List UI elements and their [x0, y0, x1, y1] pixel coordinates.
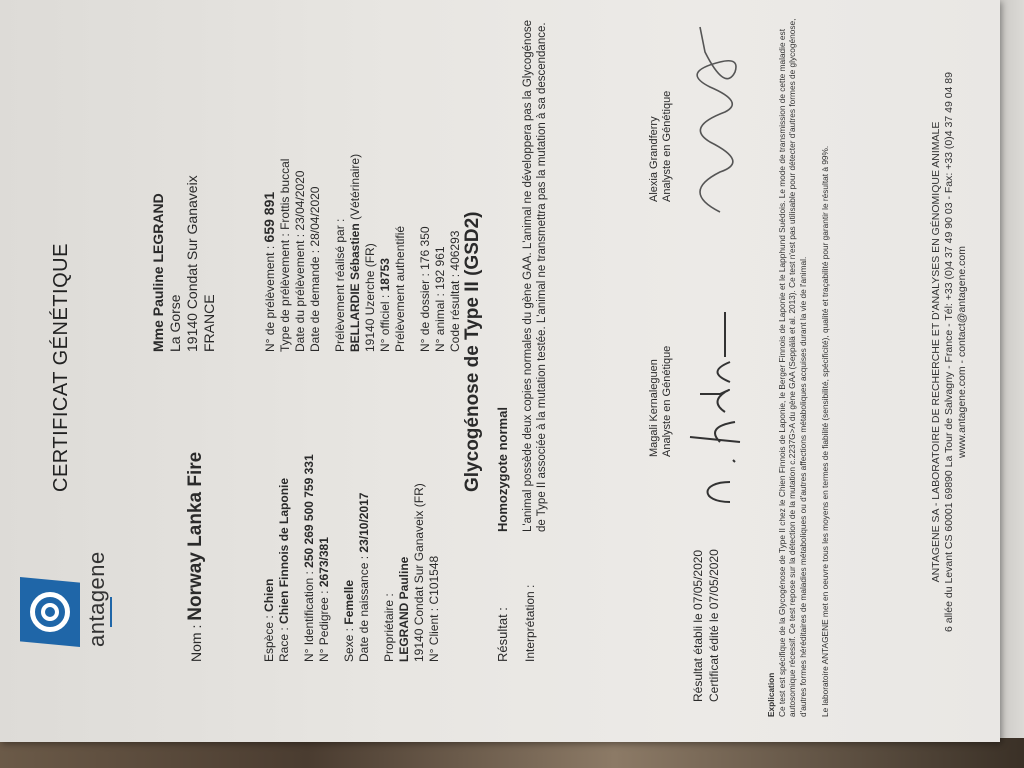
signature-1-icon — [680, 302, 750, 512]
prelevement-numero-value: 659 891 — [261, 192, 277, 243]
authentifie-text: Prélèvement authentifié — [393, 154, 408, 352]
race-value: Chien Finnois de Laponie — [277, 478, 291, 624]
proprietaire-label: Propriétaire : — [382, 454, 397, 662]
certificat-edite-date: Certificat édité le 07/05/2020 — [706, 549, 722, 702]
explication-block: Explication Ce test est spécifique de la… — [766, 17, 808, 717]
dossier-label: N° de dossier : — [418, 273, 432, 352]
client-value: C101548 — [427, 556, 441, 605]
naissance-label: Date de naissance : — [357, 556, 371, 662]
footer: ANTAGENE SA - LABORATOIRE DE RECHERCHE E… — [930, 22, 969, 682]
prelevement-type-value: Frottis buccal — [278, 159, 292, 230]
background-table — [0, 738, 1024, 768]
signatory-name: Alexia Grandferry — [648, 91, 661, 202]
identification-value: 250 269 500 759 331 — [302, 454, 316, 567]
officiel-value: 18753 — [378, 258, 392, 291]
prelevement-date-label: Date du prélèvement : — [293, 234, 307, 352]
proprietaire-name: LEGRAND Pauline — [397, 557, 411, 662]
nom-label: Nom : — [188, 625, 204, 662]
animal-details: Espèce : Chien Race : Chien Finnois de L… — [262, 454, 442, 662]
prelevement-type-label: Type de prélèvement : — [278, 233, 292, 352]
prelevement-numero-label: N° de prélèvement : — [263, 246, 277, 352]
explication-text: Ce test est spécifique de la Glycogénose… — [777, 17, 809, 717]
race-label: Race : — [277, 627, 291, 662]
client-label: N° Client : — [427, 608, 441, 662]
pedigree-value: 2673/381 — [317, 537, 331, 587]
sample-details: N° de prélèvement : 659 891 Type de prél… — [262, 154, 463, 352]
demande-value: 28/04/2020 — [308, 187, 322, 247]
recipient-line2: 19140 Condat Sur Ganaveix — [184, 175, 201, 352]
logo-underline — [110, 597, 112, 627]
vet-role: (Vétérinaire) — [348, 154, 362, 220]
interpretation-label: Interprétation : — [523, 585, 537, 662]
animal-name-row: Nom : Norway Lanka Fire — [185, 452, 207, 662]
pedigree-label: N° Pedigree : — [317, 590, 331, 662]
logo-text: antagene — [84, 557, 110, 647]
certificate-page: antagene CERTIFICAT GÉNÉTIQUE Nom : Norw… — [0, 0, 1000, 742]
resultat-value: Homozygote normal — [495, 407, 510, 532]
vet-address: 19140 Uzerche (FR) — [363, 154, 378, 352]
espece-label: Espèce : — [262, 615, 276, 662]
animal-number-label: N° animal : — [433, 293, 447, 352]
code-value: 406293 — [448, 231, 462, 271]
sexe-label: Sexe : — [342, 628, 356, 662]
footer-line1: ANTAGENE SA - LABORATOIRE DE RECHERCHE E… — [930, 22, 943, 682]
espece-value: Chien — [262, 579, 276, 612]
explication-title: Explication — [766, 17, 777, 717]
recipient-name: Mme Pauline LEGRAND — [150, 193, 166, 352]
interpretation-text: L'animal possède deux copies normales du… — [521, 12, 549, 532]
dates-block: Résultat établi le 07/05/2020 Certificat… — [690, 549, 722, 702]
resultat-label: Résultat : — [495, 607, 510, 662]
proprietaire-address: 19140 Condat Sur Ganaveix (FR) — [412, 454, 427, 662]
resultat-etabli-date: Résultat établi le 07/05/2020 — [690, 549, 706, 702]
signatory-name: Magali Kernaleguen — [648, 346, 661, 457]
demande-label: Date de demande : — [308, 250, 322, 352]
recipient-country: FRANCE — [201, 175, 218, 352]
sexe-value: Femelle — [342, 580, 356, 625]
realise-label: Prélèvement réalisé par : — [333, 154, 348, 352]
test-title: Glycogénose de Type II (GSD2) — [462, 212, 484, 493]
officiel-label: N° officiel : — [378, 295, 392, 352]
signature-2-icon — [680, 22, 755, 222]
certificate-title: CERTIFICAT GÉNÉTIQUE — [50, 243, 73, 492]
identification-label: N° Identification : — [302, 571, 316, 662]
antagene-logo: antagene — [20, 557, 112, 647]
naissance-value: 23/10/2017 — [357, 493, 371, 553]
signatory-role: Analyste en Génétique — [661, 91, 674, 202]
footer-line2: 6 allée du Levant CS 60001 69890 La Tour… — [943, 22, 956, 682]
prelevement-date-value: 23/04/2020 — [293, 171, 307, 231]
animal-number-value: 192 961 — [433, 246, 447, 289]
labo-statement: Le laboratoire ANTAGENE met en oeuvre to… — [820, 146, 830, 717]
dossier-value: 176 350 — [418, 226, 432, 269]
animal-name: Norway Lanka Fire — [185, 452, 206, 621]
certificate-sheet: antagene CERTIFICAT GÉNÉTIQUE Nom : Norw… — [0, 0, 1000, 742]
recipient-address: Mme Pauline LEGRAND La Gorse 19140 Conda… — [150, 175, 218, 352]
recipient-line1: La Gorse — [167, 175, 184, 352]
vet-name: BELLARDIE Sébastien — [348, 223, 362, 352]
spiral-logo-icon — [20, 577, 80, 647]
footer-line3: www.antagene.com - contact@antagene.com — [956, 22, 969, 682]
signature-block-2: Alexia Grandferry Analyste en Génétique — [648, 91, 674, 202]
code-label: Code résultat : — [448, 274, 462, 352]
signatory-role: Analyste en Génétique — [661, 346, 674, 457]
signature-block-1: Magali Kernaleguen Analyste en Génétique — [648, 346, 674, 457]
